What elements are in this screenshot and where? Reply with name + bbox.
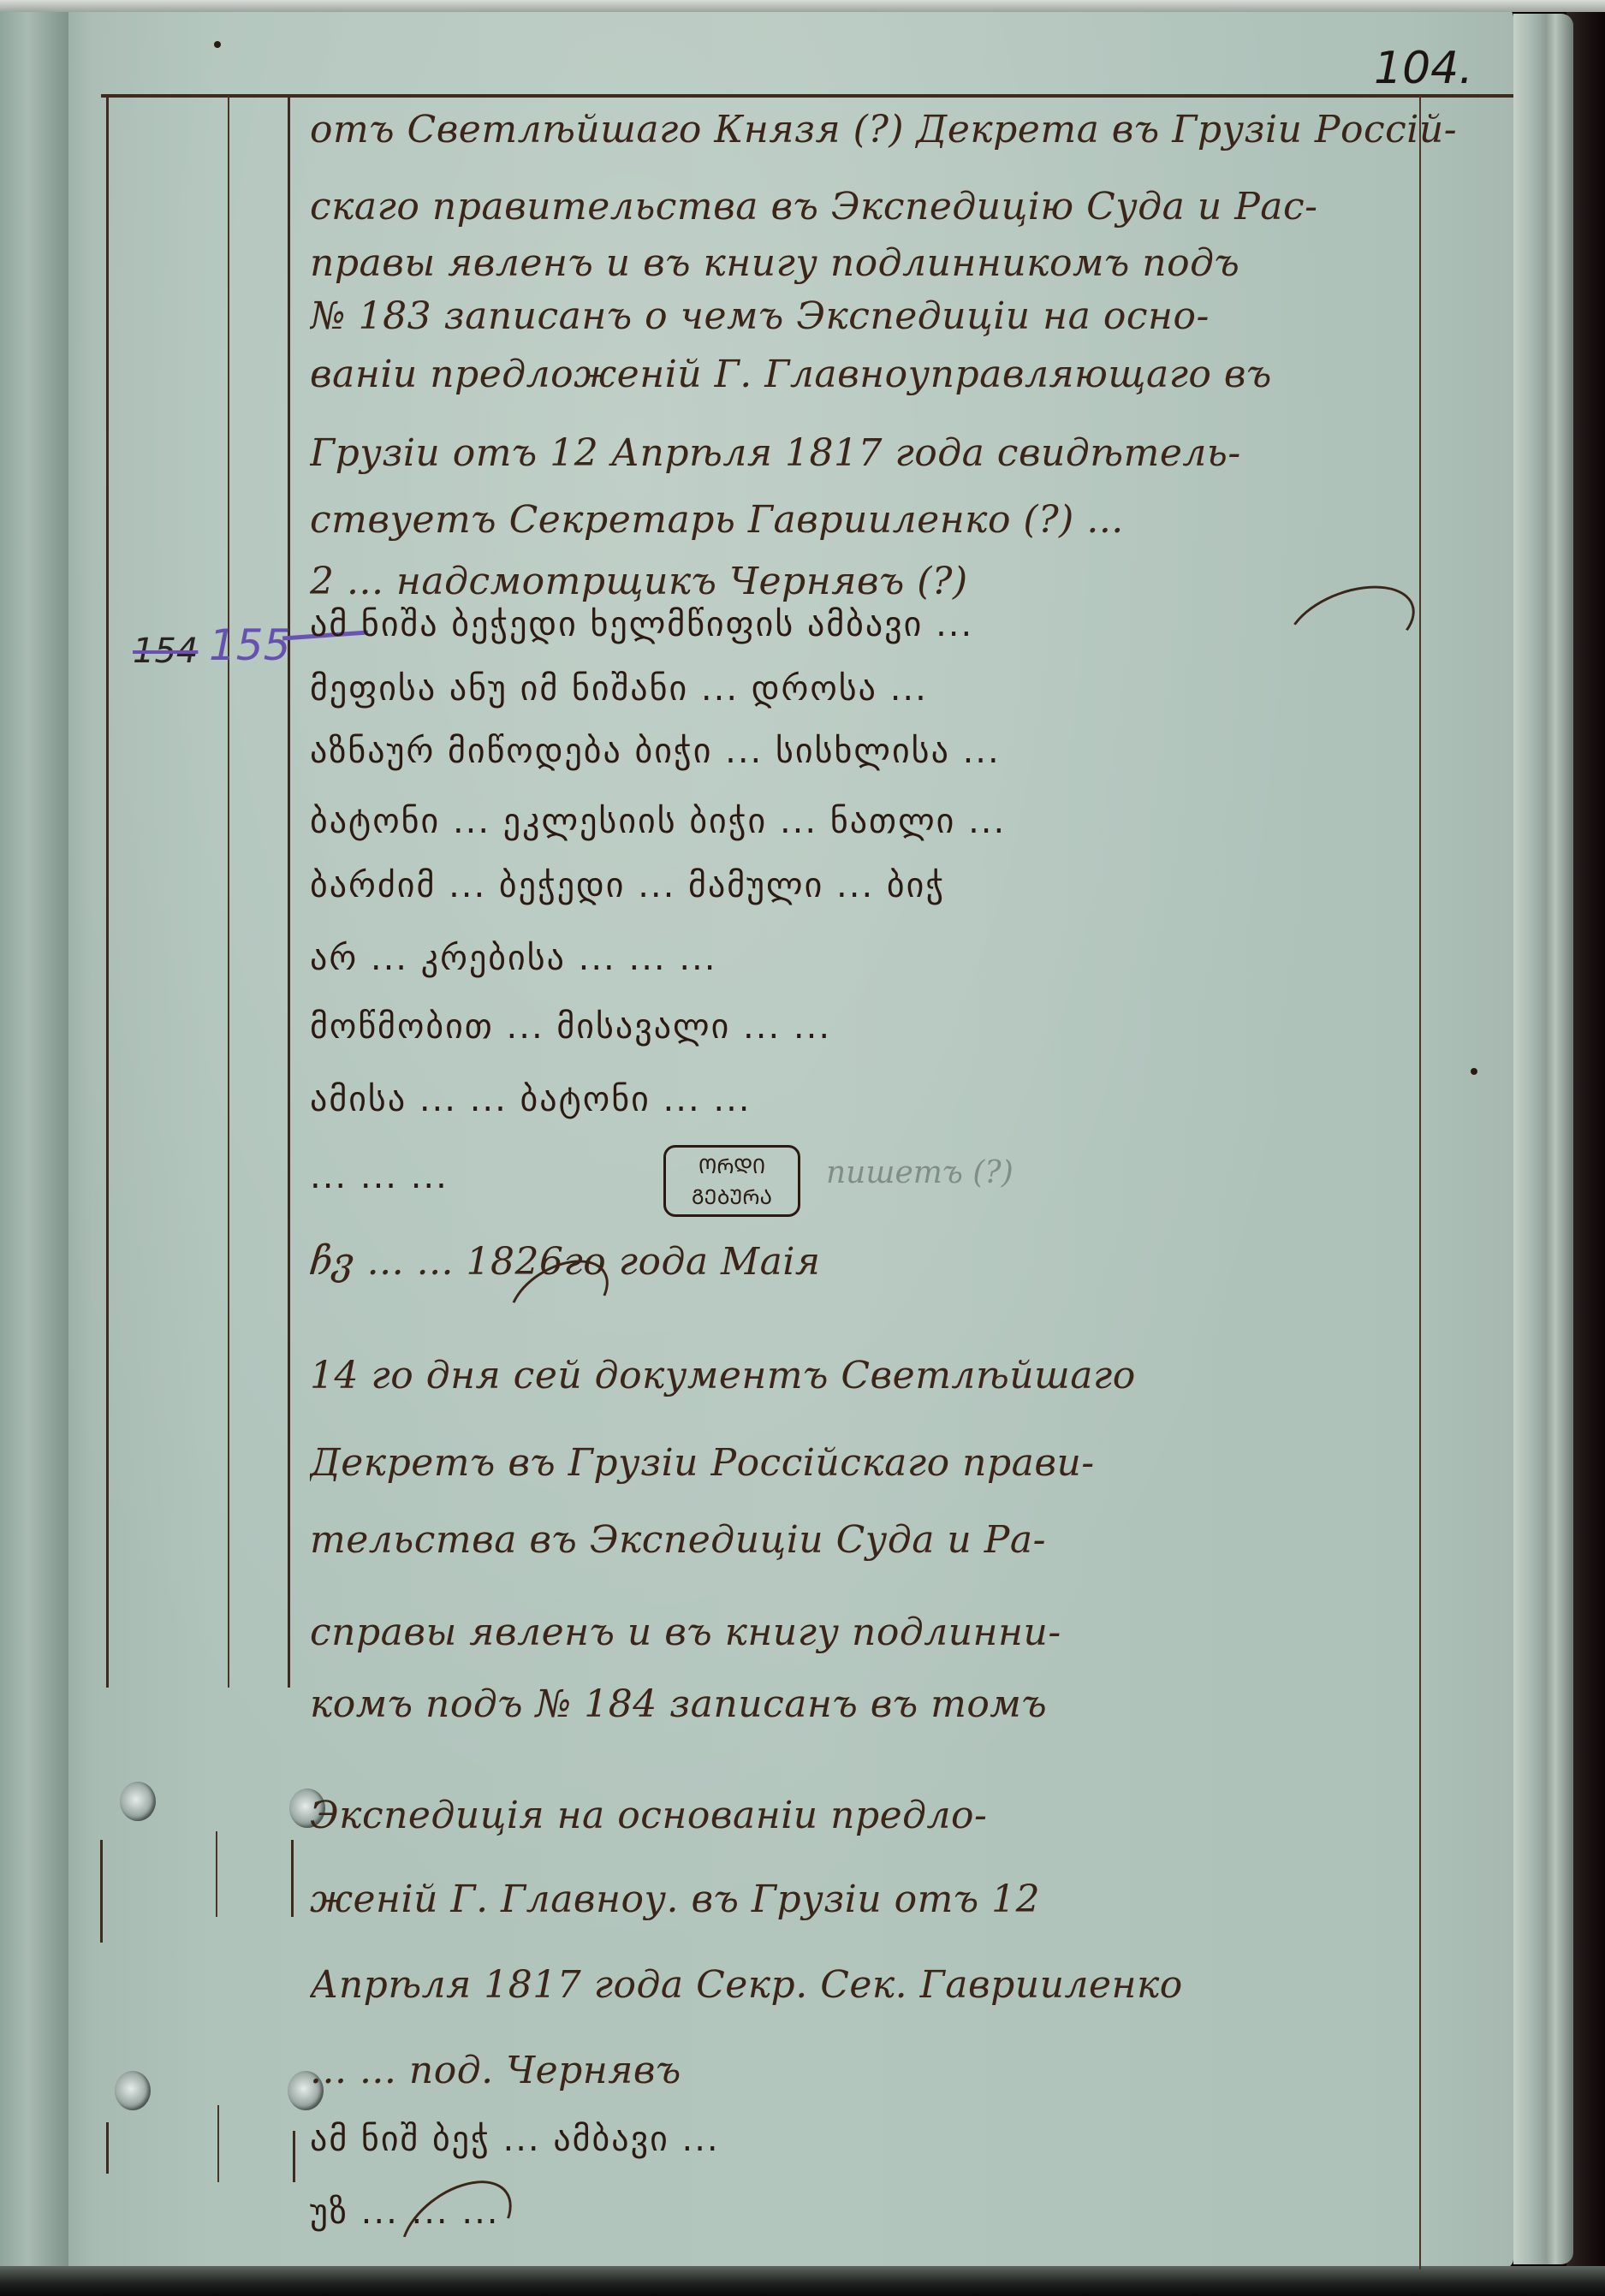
old-sheet-number: 154 [133, 632, 198, 671]
entry-2-line-1: მეფისა ანუ იმ ნიშანი ... დროსა ... [310, 663, 1500, 715]
margin-rule-middle-lower [216, 1831, 217, 1917]
faint-annotation: пишетъ (?) [826, 1155, 1014, 1190]
entry-3-line-7: Экспедиція на основаніи предло- [310, 1790, 1500, 1842]
margin-rule-middle-bottom [217, 2105, 219, 2182]
top-page-edge [0, 0, 1605, 12]
entry-3-line-3: Декретъ въ Грузіи Россійскаго прави- [310, 1438, 1500, 1489]
entry-2-line-3: ბატონი ... ეკლესიის ბიჭი ... ნათლი ... [310, 796, 1500, 847]
margin-rule-right-lower [291, 1840, 294, 1917]
entry-3-line-6: комъ подъ № 184 записанъ въ томъ [310, 1679, 1500, 1730]
paper-page [41, 9, 1513, 2268]
folio-number-text: 104 [1374, 43, 1459, 94]
seal-line-1: ᲝᲠᲓᲘ [666, 1151, 798, 1182]
entry-3-line-10: ... ... под. Чернявъ [310, 2045, 1500, 2097]
new-sheet-number: 155 [209, 620, 290, 670]
entry-1-line-7: ствуетъ Секретарь Гаврииленко (?) ... [310, 495, 1500, 546]
margin-rule-left-lower [100, 1840, 103, 1943]
folio-dot: . [1459, 43, 1473, 94]
entry-1-line-4: № 183 записанъ о чемъ Экспедиціи на осно… [310, 291, 1500, 342]
entry-3-line-4: тельства въ Экспедиціи Суда и Ра- [310, 1515, 1500, 1566]
ink-dot [214, 41, 221, 48]
margin-dot [1471, 1068, 1477, 1075]
entry-3-line-2: 14 го дня сей документъ Светлѣйшаго [310, 1350, 1500, 1402]
margin-rule-left-bottom [106, 2122, 109, 2174]
entry-2-line-4: ბარძიმ ... ბეჭედი ... მამული ... ბიჭ [310, 860, 1500, 911]
entry-2-line-6: მოწმობით ... მისავალი ... ... [310, 1001, 1500, 1053]
entry-1-line-1: отъ Светлѣйшаго Князя (?) Декрета въ Гру… [310, 104, 1500, 156]
entry-3-line-9: Апрѣля 1817 года Секр. Сек. Гаврииленко [310, 1960, 1500, 2011]
entry-2-line-8: ... ... ... [310, 1151, 652, 1202]
stacked-page-edges [1513, 14, 1573, 2264]
entry-1-line-2: скаго правительства въ Экспедицію Суда и… [310, 181, 1500, 233]
margin-rule-right [288, 96, 290, 1688]
entry-1-line-3: правы явленъ и въ книгу подлинникомъ под… [310, 238, 1500, 289]
header-rule [101, 94, 1513, 98]
bottom-book-edge [0, 2266, 1605, 2296]
entry-3-line-1: ჩვ ... ... 1826го года Маія [310, 1237, 1500, 1288]
margin-rule-middle [228, 96, 229, 1688]
entry-1-line-6: Грузіи отъ 12 Апрѣля 1817 года свидѣтель… [310, 428, 1500, 479]
seal-line-2: ᲒᲔᲑᲣᲠᲐ [666, 1182, 798, 1213]
scanned-ledger-page: 104. 154 155 отъ Светлѣйшаго Князя (?) Д… [0, 0, 1605, 2296]
entry-3-line-8: женій Г. Главноу. въ Грузіи отъ 12 [310, 1874, 1500, 1925]
entry-3-line-5: справы явленъ и въ книгу подлинни- [310, 1607, 1500, 1658]
boxed-seal-inscription: ᲝᲠᲓᲘ ᲒᲔᲑᲣᲠᲐ [663, 1145, 800, 1217]
entry-2-line-7: ამისა ... ... ბატონი ... ... [310, 1074, 1500, 1125]
binding-gutter [0, 9, 68, 2268]
folio-number: 104. [1374, 43, 1473, 94]
binding-hole-2 [115, 2071, 151, 2110]
entry-1-line-5: ваніи предложеній Г. Главноуправляющаго … [310, 349, 1500, 400]
entry-3-line-11: ამ ნიშ ბეჭ ... ამბავი ... [310, 2114, 1500, 2165]
entry-2-line-2: აზნაურ მიწოდება ბიჭი ... სისხლისა ... [310, 726, 1500, 777]
margin-rule-right-bottom [293, 2131, 295, 2182]
binding-hole-1 [120, 1782, 156, 1821]
right-margin-rule [1419, 96, 1421, 2269]
entry-2-line-5: არ ... კრებისა ... ... ... [310, 933, 1500, 984]
margin-rule-left [106, 96, 109, 1688]
